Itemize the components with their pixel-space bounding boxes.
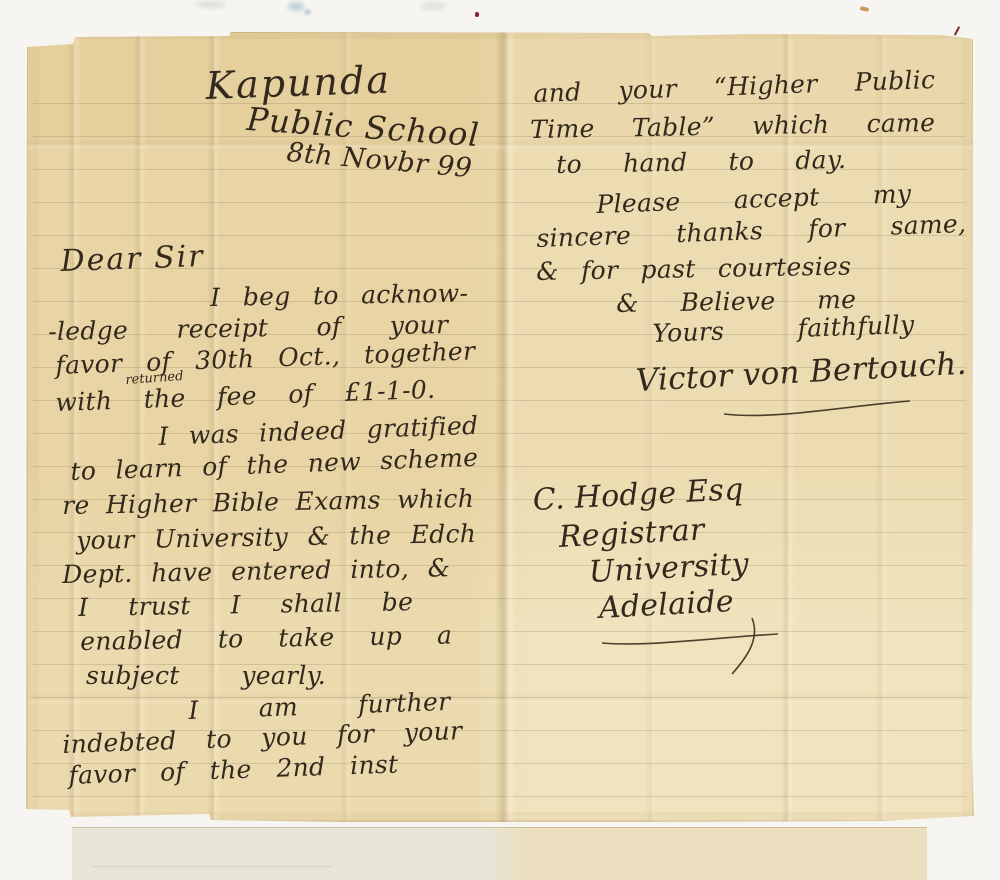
scan-speck <box>954 26 960 36</box>
scan-smudge <box>288 2 304 11</box>
address-line: Adelaide <box>598 585 735 625</box>
scan-speck <box>475 12 479 17</box>
signature-underline-flourish <box>720 398 915 422</box>
address-line: Registrar <box>558 513 705 554</box>
handwriting-line: subject yearly. <box>86 662 326 690</box>
scan-speck <box>860 6 870 12</box>
scan-smudge <box>196 1 226 8</box>
letter-place: Kapunda <box>205 60 392 108</box>
handwriting-line: enabled to take up a <box>80 622 452 656</box>
handwriting-line: I beg to acknow- <box>210 279 468 311</box>
salutation: Dear Sir <box>60 240 205 278</box>
scanned-letter: Kapunda Public School 8th Novbr 99 Dear … <box>0 0 1000 880</box>
scan-smudge <box>420 2 446 10</box>
handwriting-line: to hand to day. <box>556 146 846 179</box>
underlying-page-line <box>92 866 332 867</box>
address-line: University <box>588 548 750 589</box>
address-swash-flourish <box>722 616 764 678</box>
handwriting-line: I trust I shall be <box>78 588 413 621</box>
underlying-page <box>72 827 927 880</box>
handwriting-line: & for past courtesies <box>536 253 851 286</box>
scan-smudge <box>304 9 311 15</box>
